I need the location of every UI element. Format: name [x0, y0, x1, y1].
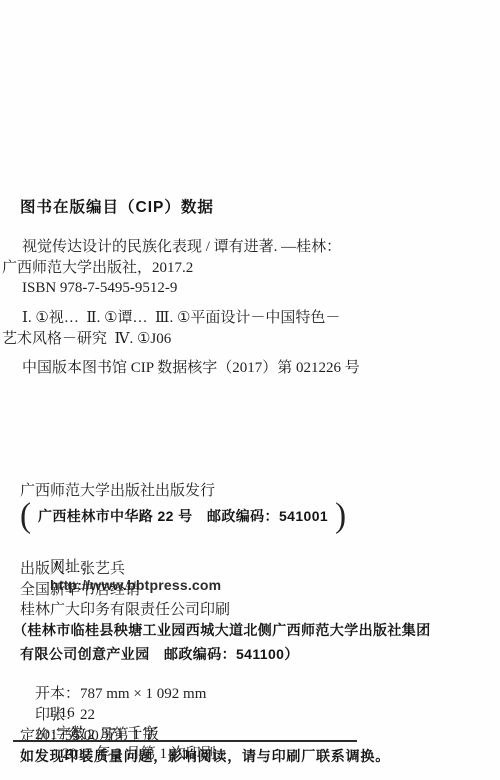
cip-publisher-line: 广西师范大学出版社，2017.2	[2, 259, 193, 278]
publisher-address-text: 广西桂林市中华路 22 号 邮政编码：541001	[38, 506, 328, 526]
cip-title-line: 视觉传达设计的民族化表现 / 谭有进著. —桂林：	[22, 238, 341, 257]
printer-address-line2: 有限公司创意产业园 邮政编码：541100）	[20, 646, 299, 664]
cip-classification-line1: Ⅰ. ①视… Ⅱ. ①谭… Ⅲ. ①平面设计－中国特色－	[22, 309, 340, 328]
book-copyright-page: 图书在版编目（CIP）数据 视觉传达设计的民族化表现 / 谭有进著. —桂林： …	[0, 0, 500, 780]
distribution-line: 全国新华书店经销	[20, 581, 140, 600]
quality-note-line: 如发现印装质量问题，影响阅读，请与印刷厂联系调换。	[20, 748, 390, 766]
close-paren: )	[335, 499, 346, 534]
printer-line: 桂林广大印务有限责任公司印刷	[20, 601, 230, 620]
price-line: 定价：55.00 元	[20, 727, 118, 746]
cip-record-line: 中国版本图书馆 CIP 数据核字（2017）第 021226 号	[22, 359, 360, 378]
footer-divider	[13, 740, 357, 742]
isbn-line: ISBN 978-7-5495-9512-9	[22, 279, 177, 298]
publisher-address-line: ( 广西桂林市中华路 22 号 邮政编码：541001 )	[20, 498, 346, 534]
publisher-person-line: 出版人：张艺兵	[20, 560, 125, 579]
cip-classification-line2: 艺术风格－研究 Ⅳ. ①J06	[2, 330, 171, 349]
cip-header: 图书在版编目（CIP）数据	[20, 198, 214, 217]
printer-address-line1: （桂林市临桂县秧塘工业园西城大道北侧广西师范大学出版社集团	[13, 622, 431, 640]
open-paren: (	[20, 499, 31, 534]
